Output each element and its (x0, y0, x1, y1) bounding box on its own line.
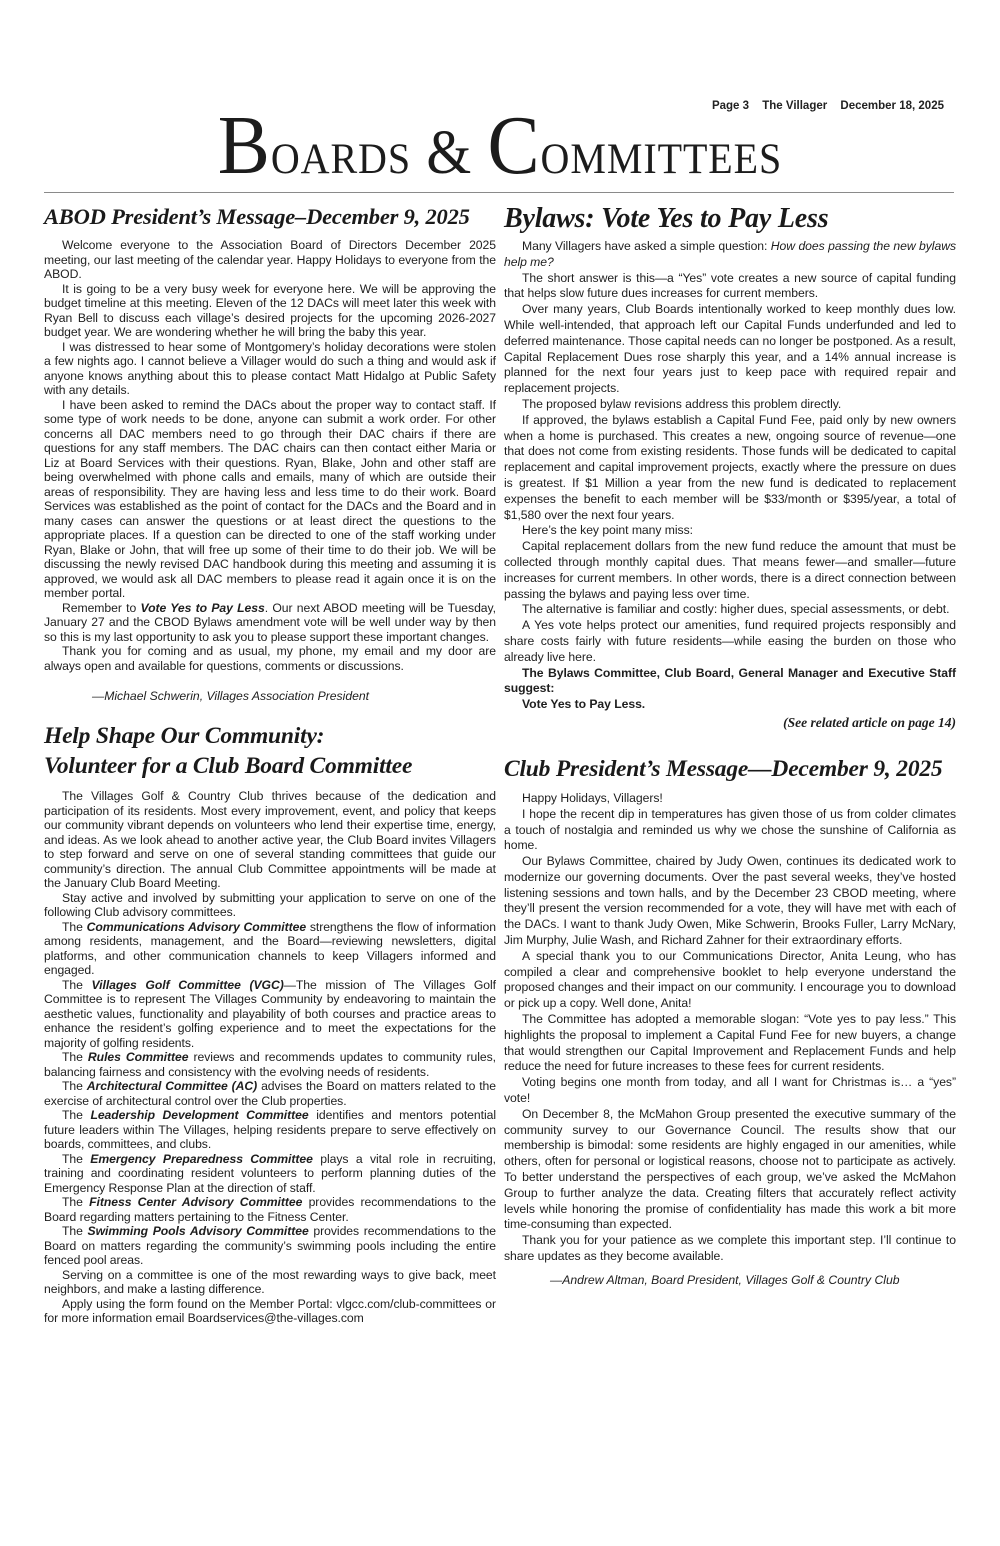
committee-name: Leadership Development Committee (90, 1108, 308, 1122)
apply-paragraph: Apply using the form found on the Member… (44, 1297, 496, 1326)
abod-paragraph: Thank you for coming and as usual, my ph… (44, 644, 496, 673)
text-span: Many Villagers have asked a simple quest… (522, 239, 771, 253)
club-headline: Club President’s Message—December 9, 202… (504, 755, 956, 783)
club-president-article: Club President’s Message—December 9, 202… (504, 755, 956, 1287)
abod-headline: ABOD President’s Message–December 9, 202… (44, 203, 496, 231)
masthead-initial-c: C (488, 99, 541, 192)
right-column: Bylaws: Vote Yes to Pay Less Many Villag… (504, 203, 956, 1287)
masthead-initial-b: B (218, 99, 271, 192)
bylaws-paragraph: The short answer is this—a “Yes” vote cr… (504, 271, 956, 303)
volunteer-paragraph: The Villages Golf & Country Club thrives… (44, 789, 496, 891)
abod-article: ABOD President’s Message–December 9, 202… (44, 203, 496, 703)
bylaws-paragraph: Over many years, Club Boards intentional… (504, 302, 956, 397)
abod-paragraph: Welcome everyone to the Association Boar… (44, 238, 496, 282)
committee-name: Communications Advisory Committee (87, 920, 306, 934)
committee-name: Architectural Committee (AC) (87, 1079, 257, 1093)
text-span: The (62, 1224, 88, 1238)
vote-yes-emphasis: Vote Yes to Pay Less (141, 601, 265, 615)
masthead-word-boards: oards (271, 119, 411, 187)
section-masthead: Boards & Committees (35, 106, 965, 193)
volunteer-paragraph: Stay active and involved by submitting y… (44, 891, 496, 920)
club-paragraph: Voting begins one month from today, and … (504, 1075, 956, 1107)
text-span: The (62, 1079, 87, 1093)
volunteer-paragraph: Serving on a committee is one of the mos… (44, 1268, 496, 1297)
abod-paragraph: It is going to be a very busy week for e… (44, 282, 496, 340)
abod-paragraph: I have been asked to remind the DACs abo… (44, 398, 496, 601)
club-paragraph: Thank you for your patience as we comple… (504, 1233, 956, 1265)
abod-body: Welcome everyone to the Association Boar… (44, 238, 496, 673)
bylaws-paragraph: If approved, the bylaws establish a Capi… (504, 413, 956, 524)
committee-item: The Swimming Pools Advisory Committee pr… (44, 1224, 496, 1268)
club-paragraph: Happy Holidays, Villagers! (504, 791, 956, 807)
text-span: Remember to (62, 601, 141, 615)
abod-paragraph: I was distressed to hear some of Montgom… (44, 340, 496, 398)
committee-item: The Villages Golf Committee (VGC)—The mi… (44, 978, 496, 1051)
volunteer-headline-line1: Help Shape Our Community: (44, 721, 496, 751)
masthead-divider (44, 192, 954, 193)
committee-name: Emergency Preparedness Committee (90, 1152, 313, 1166)
club-body: Happy Holidays, Villagers! I hope the re… (504, 791, 956, 1265)
club-paragraph: I hope the recent dip in temperatures ha… (504, 807, 956, 854)
club-signature: —Andrew Altman, Board President, Village… (504, 1273, 956, 1287)
abod-paragraph: Remember to Vote Yes to Pay Less. Our ne… (44, 601, 496, 645)
text-span: The (62, 1152, 90, 1166)
text-span: The (62, 1050, 88, 1064)
club-paragraph: A special thank you to our Communication… (504, 949, 956, 1012)
bylaws-paragraph: A Yes vote helps protect our amenities, … (504, 618, 956, 665)
bylaws-paragraph: The alternative is familiar and costly: … (504, 602, 956, 618)
committee-item: The Rules Committee reviews and recommen… (44, 1050, 496, 1079)
committee-item: The Communications Advisory Committee st… (44, 920, 496, 978)
bylaws-paragraph: The proposed bylaw revisions address thi… (504, 397, 956, 413)
text-span: The (62, 978, 92, 992)
bylaws-paragraph: Here’s the key point many miss: (504, 523, 956, 539)
bylaws-endorsement: The Bylaws Committee, Club Board, Genera… (504, 666, 956, 698)
volunteer-article: Help Shape Our Community: Volunteer for … (44, 721, 496, 1326)
bylaws-paragraph: Capital replacement dollars from the new… (504, 539, 956, 602)
volunteer-body: The Villages Golf & Country Club thrives… (44, 789, 496, 1326)
related-article-note: (See related article on page 14) (504, 715, 956, 731)
text-span: The (62, 920, 87, 934)
volunteer-headline-line2: Volunteer for a Club Board Committee (44, 751, 496, 781)
text-span: The (62, 1108, 90, 1122)
bylaws-headline: Bylaws: Vote Yes to Pay Less (504, 203, 956, 235)
committee-name: Villages Golf Committee (VGC) (92, 978, 284, 992)
committee-item: The Fitness Center Advisory Committee pr… (44, 1195, 496, 1224)
committee-item: The Leadership Development Committee ide… (44, 1108, 496, 1152)
committee-item: The Architectural Committee (AC) advises… (44, 1079, 496, 1108)
bylaws-slogan: Vote Yes to Pay Less. (504, 697, 956, 713)
masthead-ampersand: & (426, 119, 472, 187)
text-span: The (62, 1195, 89, 1209)
club-paragraph: Our Bylaws Committee, chaired by Judy Ow… (504, 854, 956, 949)
left-column: ABOD President’s Message–December 9, 202… (44, 203, 496, 1326)
committee-name: Rules Committee (88, 1050, 189, 1064)
bylaws-body: Many Villagers have asked a simple quest… (504, 239, 956, 713)
committee-item: The Emergency Preparedness Committee pla… (44, 1152, 496, 1196)
committee-name: Fitness Center Advisory Committee (89, 1195, 302, 1209)
committee-name: Swimming Pools Advisory Committee (88, 1224, 309, 1238)
bylaws-article: Bylaws: Vote Yes to Pay Less Many Villag… (504, 203, 956, 731)
club-paragraph: On December 8, the McMahon Group present… (504, 1107, 956, 1233)
bylaws-paragraph: Many Villagers have asked a simple quest… (504, 239, 956, 271)
club-paragraph: The Committee has adopted a memorable sl… (504, 1012, 956, 1075)
abod-signature: —Michael Schwerin, Villages Association … (44, 689, 496, 703)
masthead-word-committees: ommittees (541, 119, 783, 187)
